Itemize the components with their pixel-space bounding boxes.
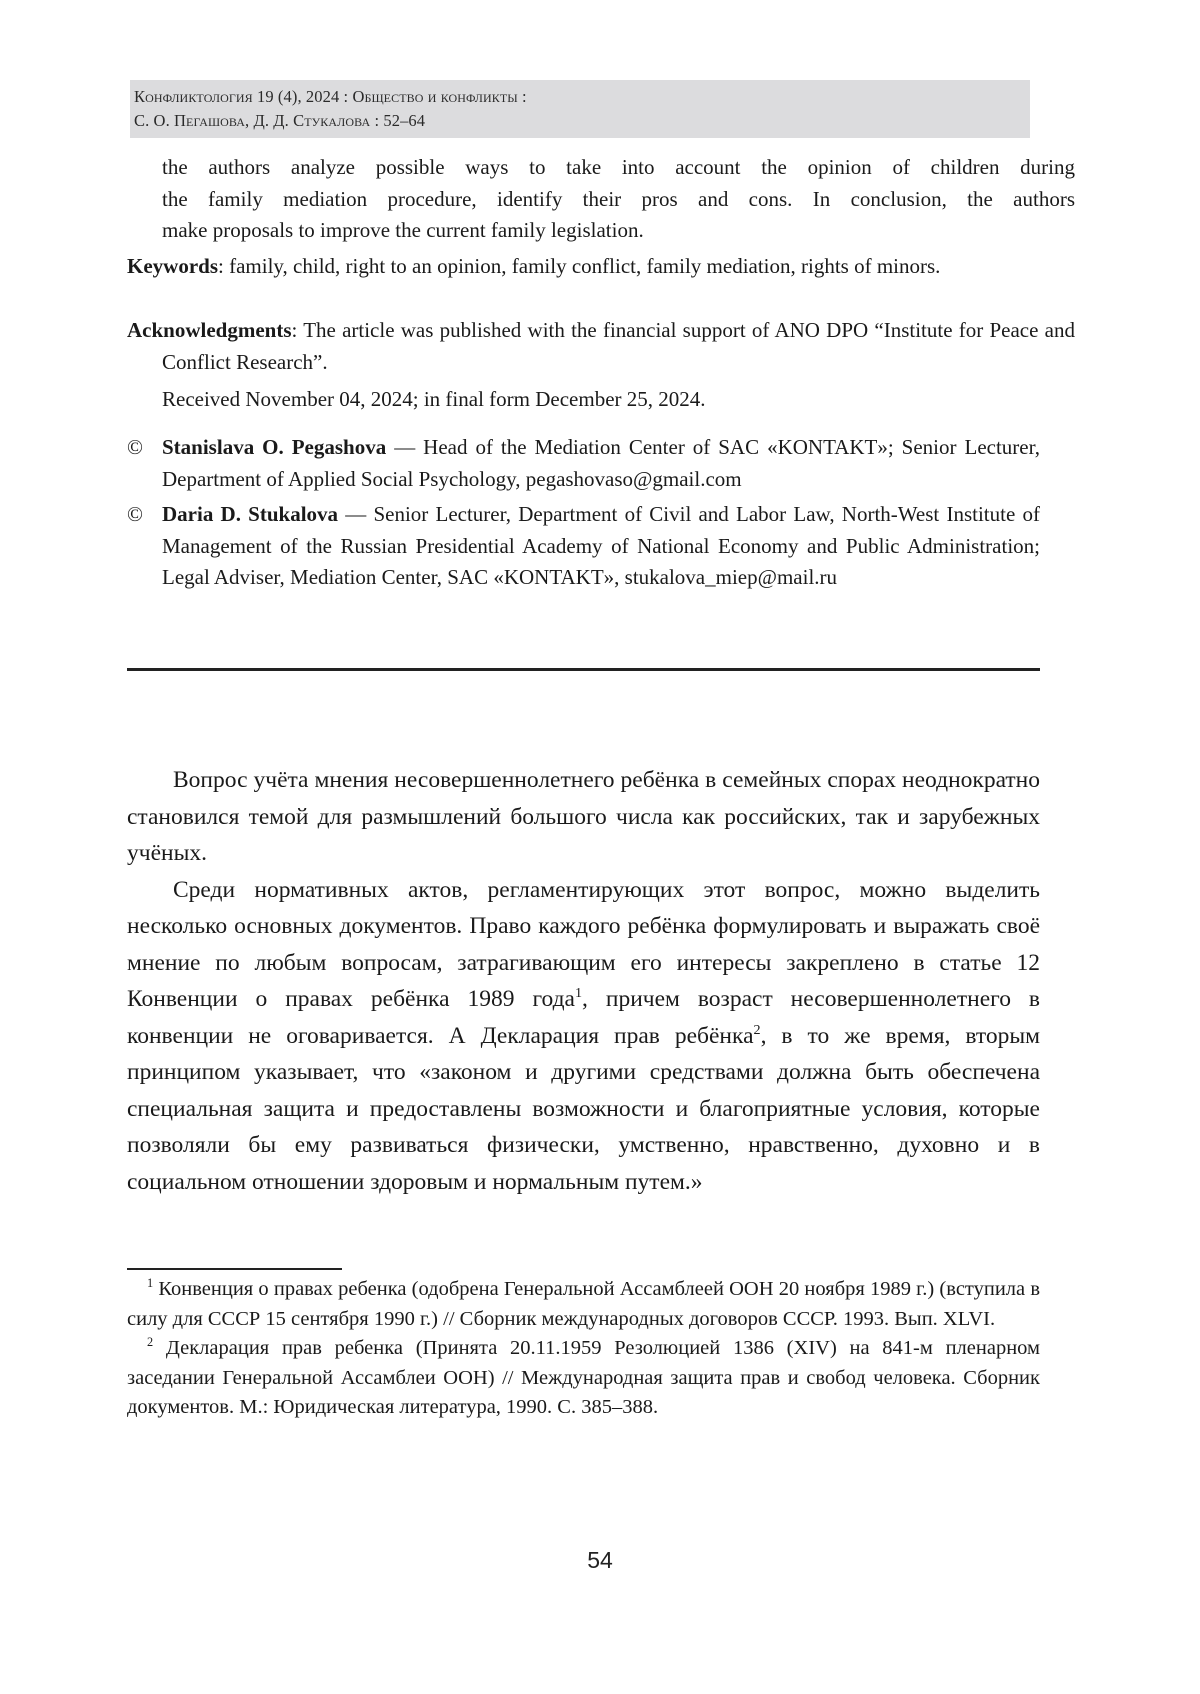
author-name: Stanislava O. Pegashova bbox=[162, 435, 386, 459]
received-dates: Received November 04, 2024; in final for… bbox=[127, 384, 1075, 416]
keywords-text: : family, child, right to an opinion, fa… bbox=[218, 254, 940, 278]
abstract-line: the authors analyze possible ways to tak… bbox=[162, 152, 1075, 184]
copyright-icon: © bbox=[127, 432, 162, 495]
footnote-text: Конвенция о правах ребенка (одобрена Ген… bbox=[127, 1278, 1040, 1330]
author-entry: © Stanislava O. Pegashova — Head of the … bbox=[127, 432, 1040, 495]
running-head: Конфликтология 19 (4), 2024 : Общество и… bbox=[130, 80, 1030, 138]
copyright-icon: © bbox=[127, 499, 162, 594]
abstract-line: make proposals to improve the current fa… bbox=[162, 215, 1075, 247]
acknowledgments-label: Acknowledgments bbox=[127, 318, 292, 342]
author-info: © Stanislava O. Pegashova — Head of the … bbox=[127, 432, 1040, 594]
paragraph: Вопрос учёта мнения несовершеннолетнего … bbox=[127, 762, 1040, 872]
section-divider bbox=[127, 668, 1040, 671]
page-number: 54 bbox=[0, 1547, 1200, 1574]
main-text: Вопрос учёта мнения несовершеннолетнего … bbox=[127, 762, 1040, 1200]
abstract-line: the family mediation procedure, identify… bbox=[162, 184, 1075, 216]
abstract-tail: the authors analyze possible ways to tak… bbox=[127, 152, 1075, 247]
running-head-authors: С. О. Пегашова, Д. Д. Стукалова : 52–64 bbox=[134, 109, 1030, 133]
author-name: Daria D. Stukalova bbox=[162, 502, 338, 526]
footnote: 1 Конвенция о правах ребенка (одобрена Г… bbox=[127, 1275, 1040, 1334]
acknowledgments-text: : The article was published with the fin… bbox=[162, 318, 1075, 374]
footnotes: 1 Конвенция о правах ребенка (одобрена Г… bbox=[127, 1275, 1040, 1423]
paragraph: Среди нормативных актов, регламентирующи… bbox=[127, 872, 1040, 1201]
keywords-label: Keywords bbox=[127, 254, 218, 278]
footnote-ref[interactable]: 2 bbox=[754, 1022, 761, 1038]
running-head-journal: Конфликтология 19 (4), 2024 : Общество и… bbox=[134, 85, 1030, 109]
keywords: Keywords: family, child, right to an opi… bbox=[127, 251, 1075, 283]
author-entry: © Daria D. Stukalova — Senior Lecturer, … bbox=[127, 499, 1040, 594]
acknowledgments: Acknowledgments: The article was publish… bbox=[127, 315, 1075, 378]
footnote: 2 Декларация прав ребенка (Принята 20.11… bbox=[127, 1334, 1040, 1423]
footnote-divider bbox=[127, 1268, 342, 1270]
footnote-text: Декларация прав ребенка (Принята 20.11.1… bbox=[127, 1337, 1040, 1418]
footnote-ref[interactable]: 1 bbox=[575, 985, 582, 1001]
